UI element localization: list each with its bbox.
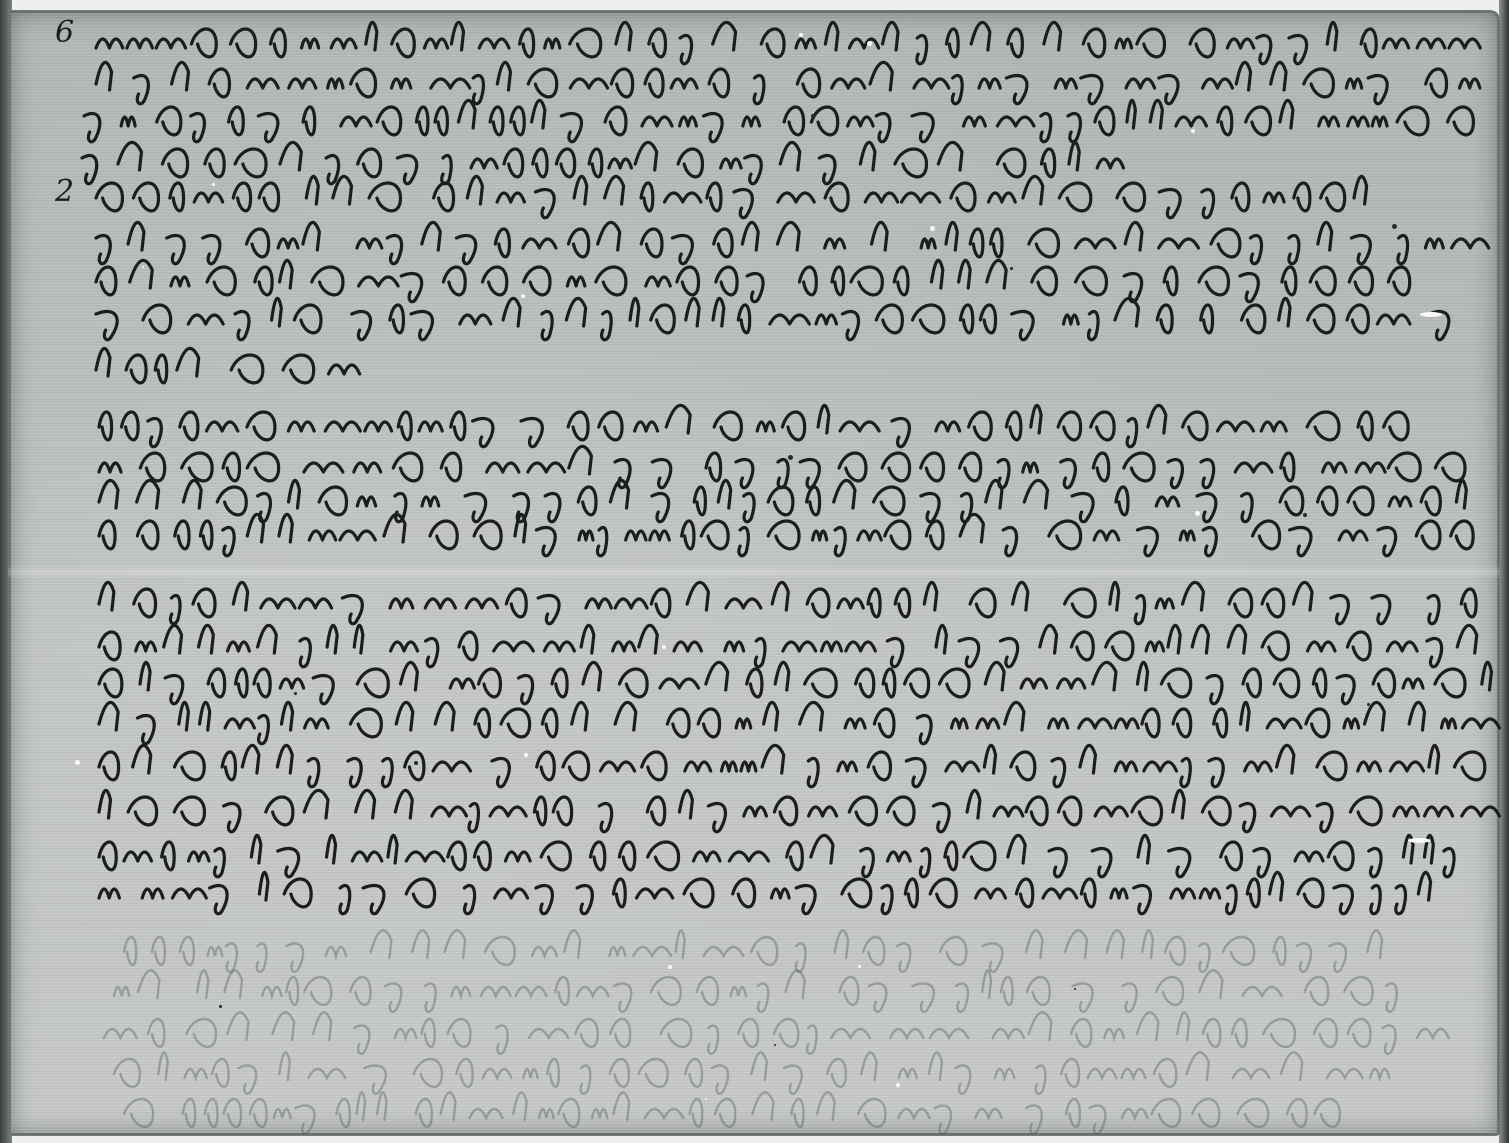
dust-speck: [1074, 988, 1076, 990]
dust-speck: [930, 226, 935, 231]
dust-speck: [867, 41, 872, 46]
dust-speck: [414, 761, 418, 765]
bleed-through-line: [120, 1092, 1370, 1132]
dust-speck: [811, 114, 815, 118]
handwritten-line: [80, 100, 1500, 140]
dust-speck: [142, 266, 144, 268]
handwritten-line: [95, 514, 1475, 554]
dust-speck: [788, 455, 793, 460]
correction-mark: [1420, 312, 1442, 317]
dust-speck: [799, 33, 803, 37]
handwritten-line: [95, 745, 1485, 785]
handwritten-line: [95, 835, 1475, 875]
dust-speck: [212, 183, 215, 186]
dust-speck: [774, 1044, 776, 1046]
bleed-through-line: [120, 930, 1420, 970]
dust-speck: [662, 645, 666, 649]
handwritten-line: [92, 176, 1392, 216]
paragraph-number: 6: [55, 18, 74, 48]
paragraph-number: 2: [55, 177, 74, 207]
correction-mark: [1408, 838, 1430, 843]
manuscript-photograph: Lontara-style cursive (undeciphered) 62: [0, 0, 1509, 1143]
handwritten-line: [95, 872, 1445, 912]
dust-speck: [521, 294, 525, 298]
dust-speck: [668, 965, 672, 969]
photo-right-border: [1499, 0, 1509, 1143]
dust-speck: [1195, 511, 1200, 516]
handwritten-line: [95, 702, 1500, 742]
handwritten-line: [92, 260, 1427, 300]
dust-speck: [858, 965, 861, 968]
handwritten-line: [95, 790, 1490, 830]
dust-speck: [219, 1005, 222, 1008]
dust-speck: [294, 692, 297, 695]
handwritten-line: [92, 222, 1502, 262]
bleed-through-line: [110, 1052, 1410, 1092]
bleed-through-line: [110, 970, 1430, 1010]
handwritten-line: [95, 662, 1505, 702]
dust-speck: [1392, 224, 1397, 229]
handwritten-line: [92, 348, 382, 388]
handwritten-line: [92, 62, 1502, 102]
dust-speck: [1367, 703, 1370, 706]
manuscript-sheet: Lontara-style cursive (undeciphered) 62: [8, 10, 1500, 1136]
handwritten-line: [95, 582, 1495, 622]
dust-speck: [1010, 267, 1013, 270]
handwritten-line: [95, 625, 1495, 665]
dust-speck: [75, 760, 80, 765]
handwritten-line: [95, 405, 1425, 445]
dust-speck: [896, 1083, 900, 1087]
dust-speck: [705, 1098, 707, 1100]
handwritten-line: [92, 298, 1482, 338]
dust-speck: [1303, 513, 1307, 517]
handwritten-line: [92, 22, 1509, 62]
dust-speck: [1191, 129, 1195, 133]
dust-speck: [524, 753, 528, 757]
bleed-through-line: [100, 1012, 1440, 1052]
